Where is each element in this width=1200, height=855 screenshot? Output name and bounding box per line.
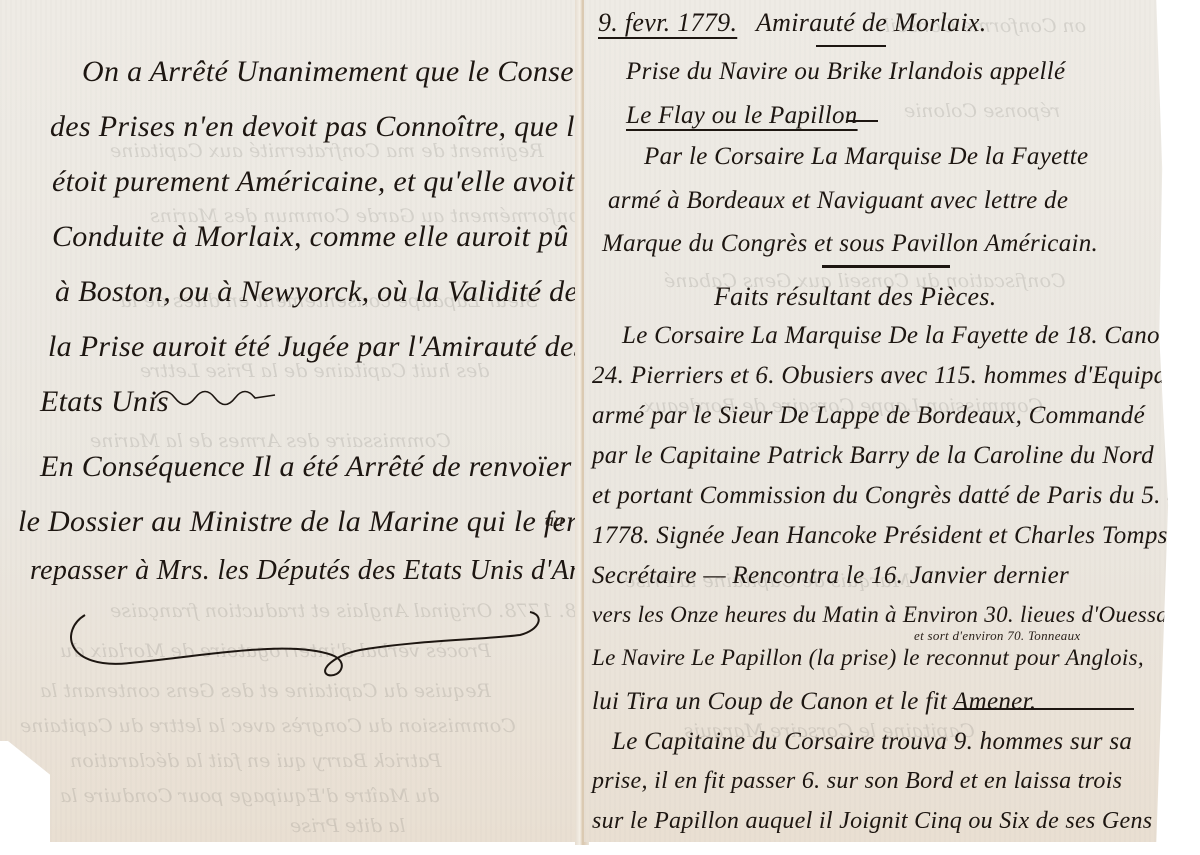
document-heading: Amirauté de Morlaix. xyxy=(756,8,987,38)
body-line-hidden: auquel il donna ordre de Conduire cette … xyxy=(592,850,632,851)
document-date: 9. fevr. 1779. xyxy=(598,8,737,38)
body-line: Le Corsaire La Marquise De la Fayette de… xyxy=(622,322,1174,350)
body-line: et portant Commission du Congrès datté d… xyxy=(592,482,1174,510)
body-line-hidden: Commandés par François Herveou son Maîtr… xyxy=(592,845,631,846)
left-text-line: étoit purement Américaine, et qu'elle av… xyxy=(52,165,584,199)
section-divider xyxy=(822,265,950,268)
body-line: Le Capitaine du Corsaire trouva 9. homme… xyxy=(612,728,1132,756)
title-line: Prise du Navire ou Brike Irlandois appel… xyxy=(626,58,1065,86)
left-text-line: des Prises n'en devoit pas Connoître, qu… xyxy=(50,110,584,144)
left-text-line: En Conséquence Il a été Arrêté de renvoï… xyxy=(40,450,572,484)
heading-underline xyxy=(816,45,886,47)
closing-flourish xyxy=(60,600,560,700)
left-page: Regiment de ma Confraternité aux Capitai… xyxy=(0,0,584,842)
interlinear-note: et sort d'environ 70. Tonneaux xyxy=(914,628,1080,644)
body-line: 1778. Signée Jean Hancoke Président et C… xyxy=(592,522,1174,550)
title-line: Par le Corsaire La Marquise De la Fayett… xyxy=(644,143,1088,171)
ship-name: Le Flay ou le Papillon xyxy=(626,102,858,130)
left-text-line: Conduite à Morlaix, comme elle auroit pû… xyxy=(52,220,584,254)
body-line: Secrétaire — Rencontra le 16. Janvier de… xyxy=(592,562,1069,590)
left-text-line: à Boston, ou à Newyorck, où la Validité … xyxy=(55,275,578,309)
manuscript-sheet: Regiment de ma Confraternité aux Capitai… xyxy=(0,0,1200,855)
right-page: on Conforme Conseil réponse Colonie Conf… xyxy=(584,0,1174,842)
body-line: Le Navire Le Papillon (la prise) le reco… xyxy=(592,645,1144,671)
left-text-line: On a Arrêté Unanimement que le Conseil xyxy=(82,55,584,89)
title-line: armé à Bordeaux et Naviguant avec lettre… xyxy=(608,187,1068,215)
title-line: Marque du Congrès et sous Pavillon Améri… xyxy=(602,230,1098,258)
body-line: armé par le Sieur De Lappe de Bordeaux, … xyxy=(592,402,1145,430)
left-text-line: le Dossier au Ministre de la Marine qui … xyxy=(18,505,584,539)
body-line: prise, il en fit passer 6. sur son Bord … xyxy=(592,768,1122,795)
left-text-line: repasser à Mrs. les Députés des Etats Un… xyxy=(30,555,584,587)
left-text-line: la Prise auroit été Jugée par l'Amirauté… xyxy=(48,330,584,364)
body-line: sur le Papillon auquel il Joignit Cinq o… xyxy=(592,808,1152,835)
margin-note: au xyxy=(545,510,564,531)
body-line: par le Capitaine Patrick Barry de la Car… xyxy=(592,442,1154,470)
body-line: vers les Onze heures du Matin à Environ … xyxy=(592,602,1174,628)
line-filler-flourish xyxy=(150,380,280,410)
body-line: lui Tira un Coup de Canon et le fit Amen… xyxy=(592,688,1036,716)
section-heading: Faits résultant des Pièces. xyxy=(714,282,997,312)
title-dash xyxy=(846,120,878,122)
body-line: 24. Pierriers et 6. Obusiers avec 115. h… xyxy=(592,362,1174,390)
line-end-rule xyxy=(954,708,1134,710)
